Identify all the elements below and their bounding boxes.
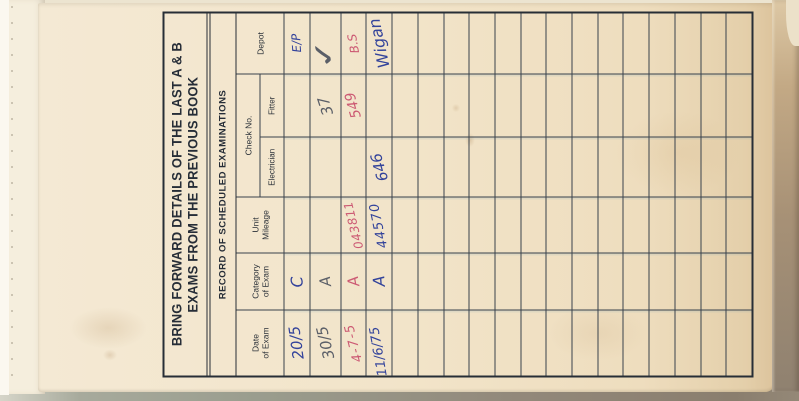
grid-cell xyxy=(547,14,572,74)
grid-cell xyxy=(701,137,726,197)
header-unit-line1: Unit xyxy=(250,217,260,232)
grid-cell xyxy=(547,197,572,253)
grid-cell xyxy=(495,137,520,197)
cell-date-4: 11/6/75 xyxy=(367,310,392,376)
grid-cell xyxy=(470,14,495,74)
cell-mileage-1 xyxy=(285,197,310,253)
table-row-1: 20/5 C E/P xyxy=(285,14,311,376)
grid-cell xyxy=(495,253,520,310)
table-row-3: 4-7-5 A 043811 549 B.S xyxy=(341,14,367,376)
cell-electrician-3 xyxy=(341,137,366,197)
handwritten-depot-1: E/P xyxy=(289,34,304,54)
table-row-11 xyxy=(547,14,573,376)
grid-cell xyxy=(598,310,623,376)
table-row-13 xyxy=(598,14,624,376)
cell-date-1: 20/5 xyxy=(285,310,310,376)
grid-cell xyxy=(444,14,469,74)
title-line-1: BRING FORWARD DETAILS OF THE LAST A & B xyxy=(170,42,186,346)
grid-cell xyxy=(393,197,418,253)
cell-electrician-4: 646 xyxy=(367,137,392,197)
grid-cell xyxy=(650,74,675,137)
grid-cell xyxy=(418,137,443,197)
grid-cell xyxy=(444,74,469,137)
header-check-no-subrow: Electrician Fitter xyxy=(261,75,284,197)
header-date-of-exam: Date of Exam xyxy=(237,310,284,376)
grid-cell xyxy=(573,14,598,74)
section-heading: RECORD OF SCHEDULED EXAMINATIONS xyxy=(210,14,237,376)
grid-cell xyxy=(495,310,520,376)
grid-cell xyxy=(521,310,546,376)
grid-cell xyxy=(393,14,418,74)
cell-category-3: A xyxy=(341,253,366,310)
grid-cell xyxy=(547,74,572,137)
header-electrician: Electrician xyxy=(261,137,284,197)
cell-fitter-3: 549 xyxy=(341,74,366,137)
cell-depot-2: ✓ xyxy=(310,14,340,74)
grid-cell xyxy=(521,14,546,74)
header-unit-mileage: Unit Mileage xyxy=(237,197,284,253)
handwritten-fitter-3: 549 xyxy=(342,90,365,120)
cell-electrician-2 xyxy=(310,137,340,197)
grid-cell xyxy=(675,310,700,376)
grid-cell xyxy=(495,197,520,253)
grid-cell xyxy=(521,197,546,253)
table-row-9 xyxy=(495,14,521,376)
grid-cell xyxy=(444,310,469,376)
grid-cell xyxy=(727,74,752,137)
grid-cell xyxy=(393,137,418,197)
table-row-17 xyxy=(701,14,727,376)
handwritten-depot-tick-2: ✓ xyxy=(308,34,341,74)
grid-cell xyxy=(650,253,675,310)
grid-cell xyxy=(624,197,649,253)
grid-cell xyxy=(727,137,752,197)
grid-cell xyxy=(598,74,623,137)
grid-cell xyxy=(727,14,752,74)
exam-grid: 20/5 C E/P 30/5 A 37 ✓ 4-7-5 A 043811 xyxy=(285,14,752,376)
grid-cell xyxy=(701,74,726,137)
grid-cell xyxy=(470,137,495,197)
grid-cell xyxy=(675,14,700,74)
header-category-line1: Category xyxy=(250,264,260,299)
handwritten-date-3: 4-7-5 xyxy=(342,322,366,364)
grid-cell xyxy=(573,137,598,197)
grid-cell xyxy=(701,310,726,376)
cell-electrician-1 xyxy=(285,137,310,197)
grid-cell xyxy=(573,253,598,310)
cell-mileage-2 xyxy=(310,197,340,253)
header-check-no-group: Check No. Electrician Fitter xyxy=(237,74,284,197)
table-row-6 xyxy=(418,14,444,376)
handwritten-mileage-3: 043811 xyxy=(341,200,366,251)
grid-cell xyxy=(418,14,443,74)
header-date-line1: Date xyxy=(250,334,260,352)
grid-cell xyxy=(444,137,469,197)
grid-cell xyxy=(393,74,418,137)
grid-cell xyxy=(547,253,572,310)
handwritten-date-1: 20/5 xyxy=(286,325,309,361)
cell-category-4: A xyxy=(367,253,392,310)
header-category-line2: of Exam xyxy=(260,266,270,297)
grid-cell xyxy=(701,253,726,310)
grid-cell xyxy=(418,310,443,376)
cell-fitter-2: 37 xyxy=(310,74,340,137)
grid-cell xyxy=(521,137,546,197)
cell-depot-3: B.S xyxy=(341,14,366,74)
title-line-2: EXAMS FROM THE PREVIOUS BOOK xyxy=(186,77,202,313)
grid-cell xyxy=(573,310,598,376)
header-category-of-exam: Category of Exam xyxy=(237,253,284,310)
book-fore-edge xyxy=(772,0,799,392)
grid-cell xyxy=(495,74,520,137)
handwritten-depot-4: Wigan xyxy=(365,17,394,70)
cell-date-2: 30/5 xyxy=(310,310,340,376)
grid-cell xyxy=(495,14,520,74)
grid-cell xyxy=(727,253,752,310)
handwritten-date-4: 11/6/75 xyxy=(368,325,391,377)
grid-cell xyxy=(547,137,572,197)
header-depot: Depot xyxy=(237,14,284,74)
grid-cell xyxy=(521,253,546,310)
handwritten-category-3: A xyxy=(344,275,364,288)
grid-cell xyxy=(675,137,700,197)
grid-cell xyxy=(675,74,700,137)
grid-cell xyxy=(650,310,675,376)
grid-cell xyxy=(470,253,495,310)
table-row-10 xyxy=(521,14,547,376)
table-row-2: 30/5 A 37 ✓ xyxy=(310,14,341,376)
grid-cell xyxy=(650,197,675,253)
header-fitter: Fitter xyxy=(261,75,284,137)
handwritten-date-2: 30/5 xyxy=(312,324,338,361)
grid-cell xyxy=(418,197,443,253)
grid-cell xyxy=(624,137,649,197)
cell-fitter-1 xyxy=(285,74,310,137)
handwritten-category-2: A xyxy=(316,275,335,288)
grid-cell xyxy=(547,310,572,376)
grid-cell xyxy=(650,14,675,74)
handwritten-mileage-4: 44570 xyxy=(367,201,391,249)
grid-cell xyxy=(727,310,752,376)
table-header-row: Date of Exam Category of Exam Unit Milea… xyxy=(237,14,285,376)
grid-cell xyxy=(598,197,623,253)
grid-cell xyxy=(675,197,700,253)
handwritten-category-1: C xyxy=(287,275,307,288)
exam-record-table: BRING FORWARD DETAILS OF THE LAST A & B … xyxy=(163,12,754,378)
grid-cell xyxy=(444,197,469,253)
scan-left-edge xyxy=(0,0,9,395)
grid-cell xyxy=(675,253,700,310)
grid-cell xyxy=(650,137,675,197)
cell-depot-1: E/P xyxy=(285,14,310,74)
cell-date-3: 4-7-5 xyxy=(341,310,366,376)
cell-fitter-4 xyxy=(367,74,392,137)
grid-cell xyxy=(393,310,418,376)
handwritten-category-4: A xyxy=(369,275,389,287)
cell-mileage-4: 44570 xyxy=(367,197,392,253)
header-check-no: Check No. xyxy=(237,75,261,197)
cell-depot-4: Wigan xyxy=(367,14,392,74)
grid-cell xyxy=(573,197,598,253)
header-depot-label: Depot xyxy=(255,32,265,55)
table-row-14 xyxy=(624,14,650,376)
grid-cell xyxy=(727,197,752,253)
header-date-line2: of Exam xyxy=(260,327,270,358)
grid-cell xyxy=(598,137,623,197)
cell-mileage-3: 043811 xyxy=(341,197,366,253)
table-row-18 xyxy=(727,14,752,376)
grid-cell xyxy=(470,197,495,253)
table-row-4: 11/6/75 A 44570 646 Wigan xyxy=(367,14,393,376)
table-row-5 xyxy=(393,14,419,376)
grid-cell xyxy=(624,310,649,376)
table-row-8 xyxy=(470,14,496,376)
grid-cell xyxy=(418,253,443,310)
table-row-16 xyxy=(675,14,701,376)
grid-cell xyxy=(624,14,649,74)
grid-cell xyxy=(598,253,623,310)
grid-cell xyxy=(624,253,649,310)
grid-cell xyxy=(393,253,418,310)
handwritten-depot-3: B.S xyxy=(345,33,362,55)
cell-category-2: A xyxy=(310,253,340,310)
handwritten-fitter-2: 37 xyxy=(314,94,337,118)
grid-cell xyxy=(470,310,495,376)
header-unit-line2: Mileage xyxy=(260,210,270,240)
grid-cell xyxy=(701,14,726,74)
grid-cell xyxy=(624,74,649,137)
grid-cell xyxy=(470,74,495,137)
grid-cell xyxy=(444,253,469,310)
table-row-7 xyxy=(444,14,470,376)
scanned-record-book: BRING FORWARD DETAILS OF THE LAST A & B … xyxy=(0,0,799,401)
grid-cell xyxy=(701,197,726,253)
table-row-12 xyxy=(573,14,599,376)
title-box: BRING FORWARD DETAILS OF THE LAST A & B … xyxy=(165,14,208,376)
grid-cell xyxy=(573,74,598,137)
table-row-15 xyxy=(650,14,676,376)
cell-category-1: C xyxy=(285,253,310,310)
handwritten-electrician-4: 646 xyxy=(367,151,392,183)
grid-cell xyxy=(521,74,546,137)
grid-cell xyxy=(598,14,623,74)
grid-cell xyxy=(418,74,443,137)
